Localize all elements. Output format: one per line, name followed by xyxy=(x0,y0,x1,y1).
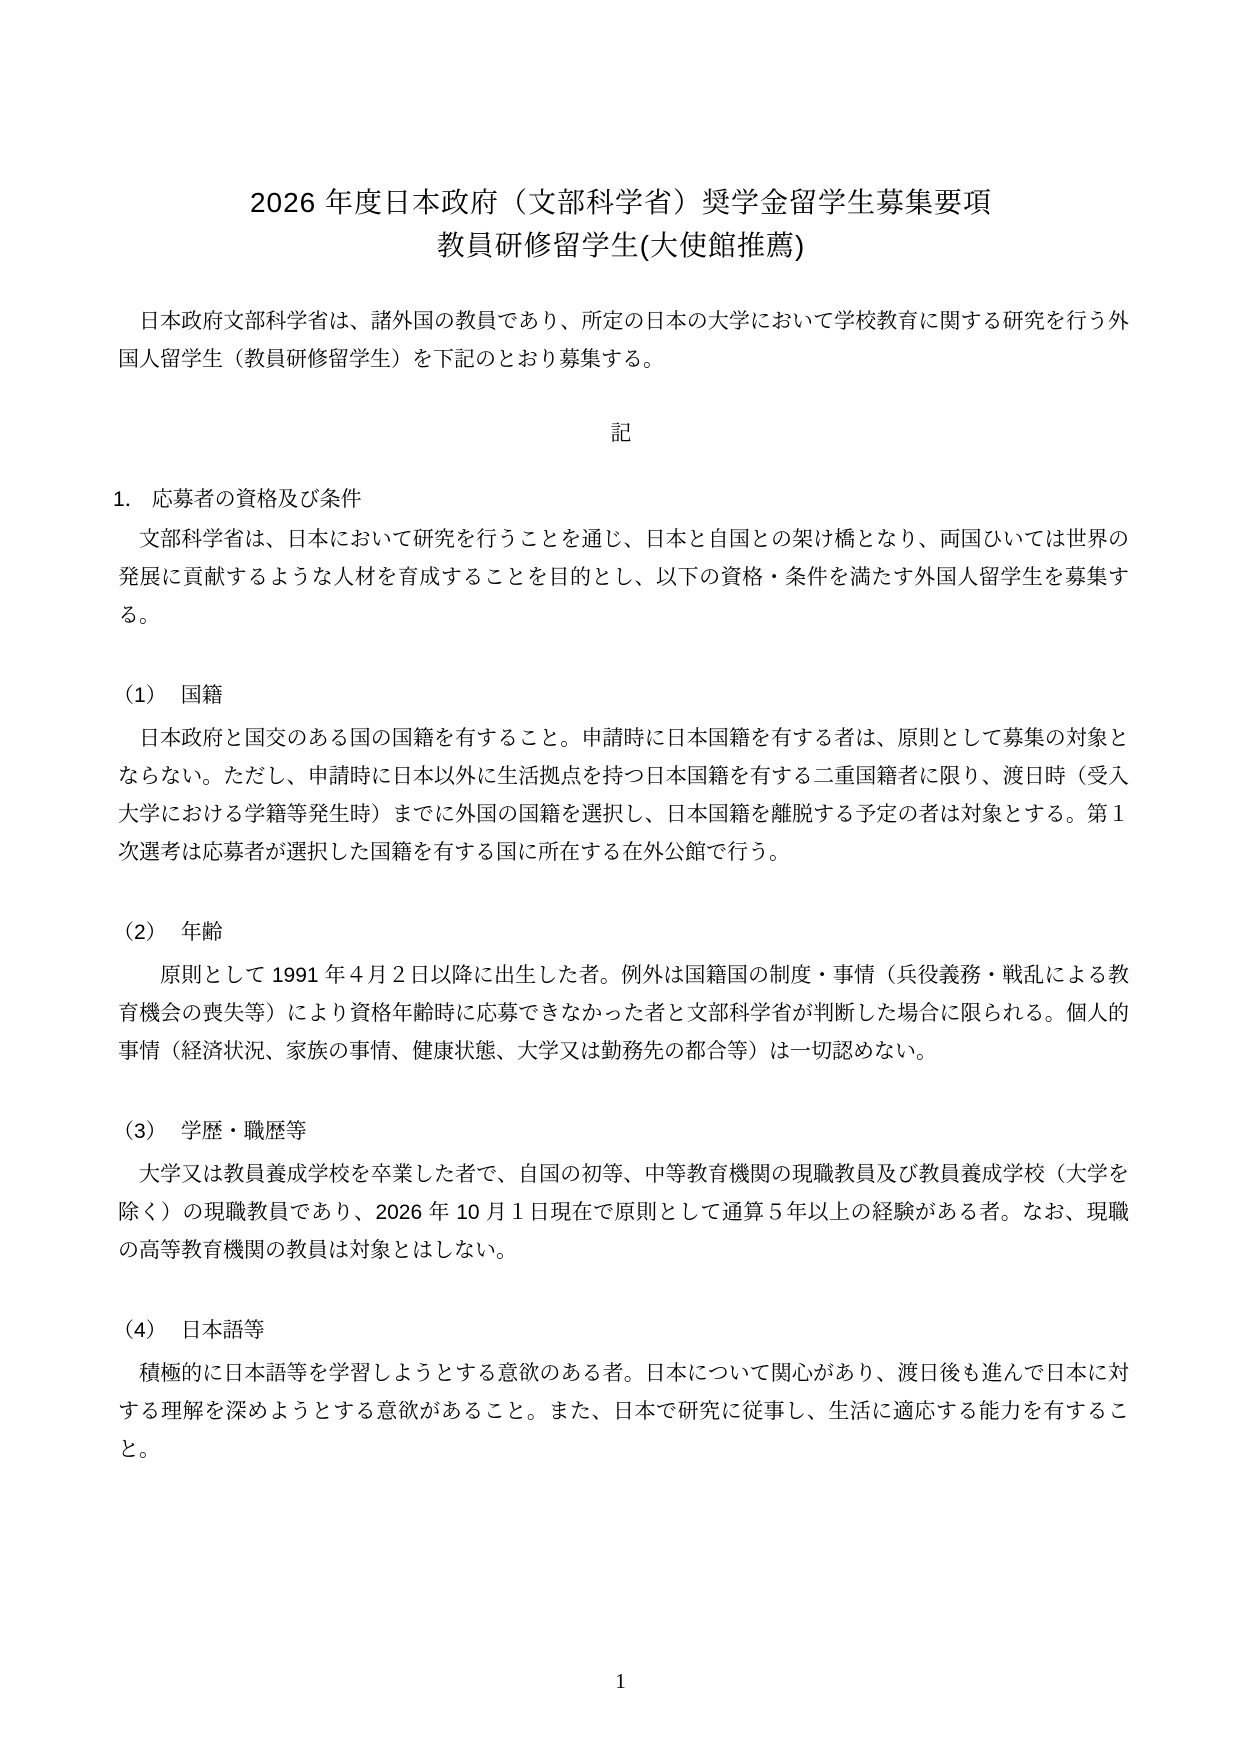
intro-paragraph: 日本政府文部科学省は、諸外国の教員であり、所定の日本の大学において学校教育に関す… xyxy=(118,303,1129,379)
page-number: 1 xyxy=(0,1662,1241,1700)
document-title-line2: 教員研修留学生(大使館推薦) xyxy=(113,224,1129,267)
item-body: 積極的に日本語等を学習しようとする意欲のある者。日本について関心があり、渡日後も… xyxy=(118,1355,1129,1469)
item-body: 原則として 1991 年４月２日以降に出生した者。例外は国籍国の制度・事情（兵役… xyxy=(118,957,1129,1071)
item-label: （1） xyxy=(113,684,167,707)
item-heading: （4）日本語等 xyxy=(113,1312,1129,1350)
section-1: 1．応募者の資格及び条件 文部科学省は、日本において研究を行うことを通じ、日本と… xyxy=(113,481,1129,1469)
item-block: （3）学歴・職歴等 大学又は教員養成学校を卒業した者で、自国の初等、中等教育機関… xyxy=(113,1113,1129,1270)
section-title: 応募者の資格及び条件 xyxy=(152,488,362,511)
item-block: （4）日本語等 積極的に日本語等を学習しようとする意欲のある者。日本について関心… xyxy=(113,1312,1129,1469)
item-heading: （2）年齢 xyxy=(113,914,1129,952)
section-heading: 1．応募者の資格及び条件 xyxy=(113,481,1129,519)
item-label: （3） xyxy=(113,1120,167,1143)
section-items: （1）国籍 日本政府と国交のある国の国籍を有すること。申請時に日本国籍を有する者… xyxy=(113,677,1129,1469)
item-title: 学歴・職歴等 xyxy=(181,1120,307,1143)
section-body: 文部科学省は、日本において研究を行うことを通じ、日本と自国との架け橋となり、両国… xyxy=(118,521,1129,635)
item-heading: （1）国籍 xyxy=(113,677,1129,715)
item-body: 日本政府と国交のある国の国籍を有すること。申請時に日本国籍を有する者は、原則とし… xyxy=(118,720,1129,872)
item-body: 大学又は教員養成学校を卒業した者で、自国の初等、中等教育機関の現職教員及び教員養… xyxy=(118,1156,1129,1270)
section-number: 1． xyxy=(113,488,146,511)
item-heading: （3）学歴・職歴等 xyxy=(113,1113,1129,1151)
item-block: （1）国籍 日本政府と国交のある国の国籍を有すること。申請時に日本国籍を有する者… xyxy=(113,677,1129,872)
item-title: 日本語等 xyxy=(181,1319,265,1342)
document-content: 2026 年度日本政府（文部科学省）奨学金留学生募集要項 教員研修留学生(大使館… xyxy=(0,0,1241,1469)
record-marker: 記 xyxy=(113,415,1129,453)
item-title: 国籍 xyxy=(181,684,223,707)
document-page: 2026 年度日本政府（文部科学省）奨学金留学生募集要項 教員研修留学生(大使館… xyxy=(0,0,1241,1755)
document-title-line1: 2026 年度日本政府（文部科学省）奨学金留学生募集要項 xyxy=(113,181,1129,224)
item-title: 年齢 xyxy=(181,921,223,944)
document-title: 2026 年度日本政府（文部科学省）奨学金留学生募集要項 教員研修留学生(大使館… xyxy=(113,181,1129,267)
item-block: （2）年齢 原則として 1991 年４月２日以降に出生した者。例外は国籍国の制度… xyxy=(113,914,1129,1071)
item-label: （4） xyxy=(113,1319,167,1342)
item-label: （2） xyxy=(113,921,167,944)
